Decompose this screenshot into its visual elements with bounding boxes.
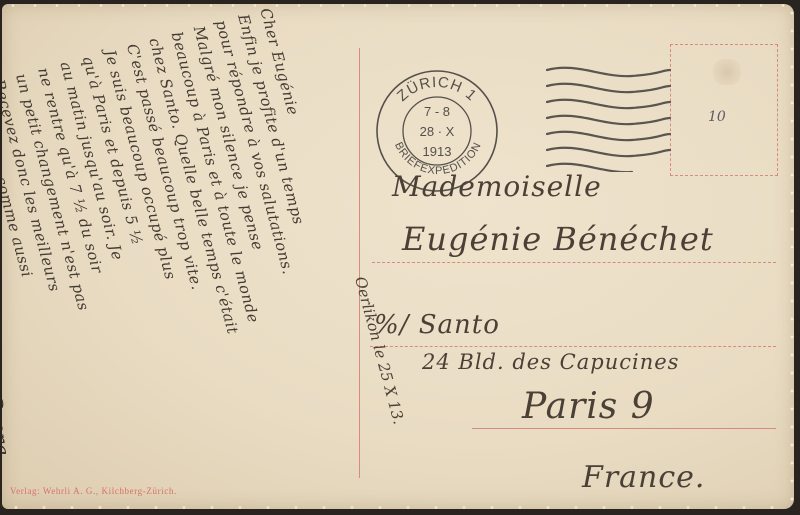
postmark-year: 1913 [423, 144, 452, 159]
stamp-residue [713, 59, 741, 85]
postmark-time: 7 - 8 [424, 104, 450, 119]
address-line-6: France. [582, 460, 705, 495]
address-line-4: 24 Bld. des Capucines [422, 350, 679, 374]
postmark-date: 28 · X [420, 124, 455, 139]
signature: Georg [2, 392, 15, 457]
address-line-3: %/ Santo [374, 310, 500, 340]
perforated-edge-bottom [2, 506, 794, 509]
address-rule-3 [472, 428, 776, 429]
perforated-edge-top [2, 4, 794, 7]
publisher-imprint: Verlag: Wehrli A. G., Kilchberg-Zürich. [10, 486, 177, 496]
address-rule-2 [370, 346, 776, 347]
wavy-cancellation [542, 62, 672, 172]
address-line-1: Mademoiselle [392, 170, 602, 203]
address-line-5: Paris 9 [522, 386, 655, 427]
handwritten-message: Oerlikon le 25 X 13. Cher Eugénie Enfin … [2, 4, 411, 509]
address-line-2: Eugénie Bénéchet [402, 220, 714, 258]
stamp-box: 10 [670, 44, 778, 176]
address-rule-1 [372, 262, 776, 263]
perforated-edge-right [790, 4, 794, 509]
stamp-pencil-note: 10 [708, 109, 726, 125]
cancellation-lines-icon [542, 62, 672, 172]
postcard-back: 10 ZÜRICH 1 BRIEFEXPEDITION 7 - 8 28 · X… [2, 4, 794, 509]
